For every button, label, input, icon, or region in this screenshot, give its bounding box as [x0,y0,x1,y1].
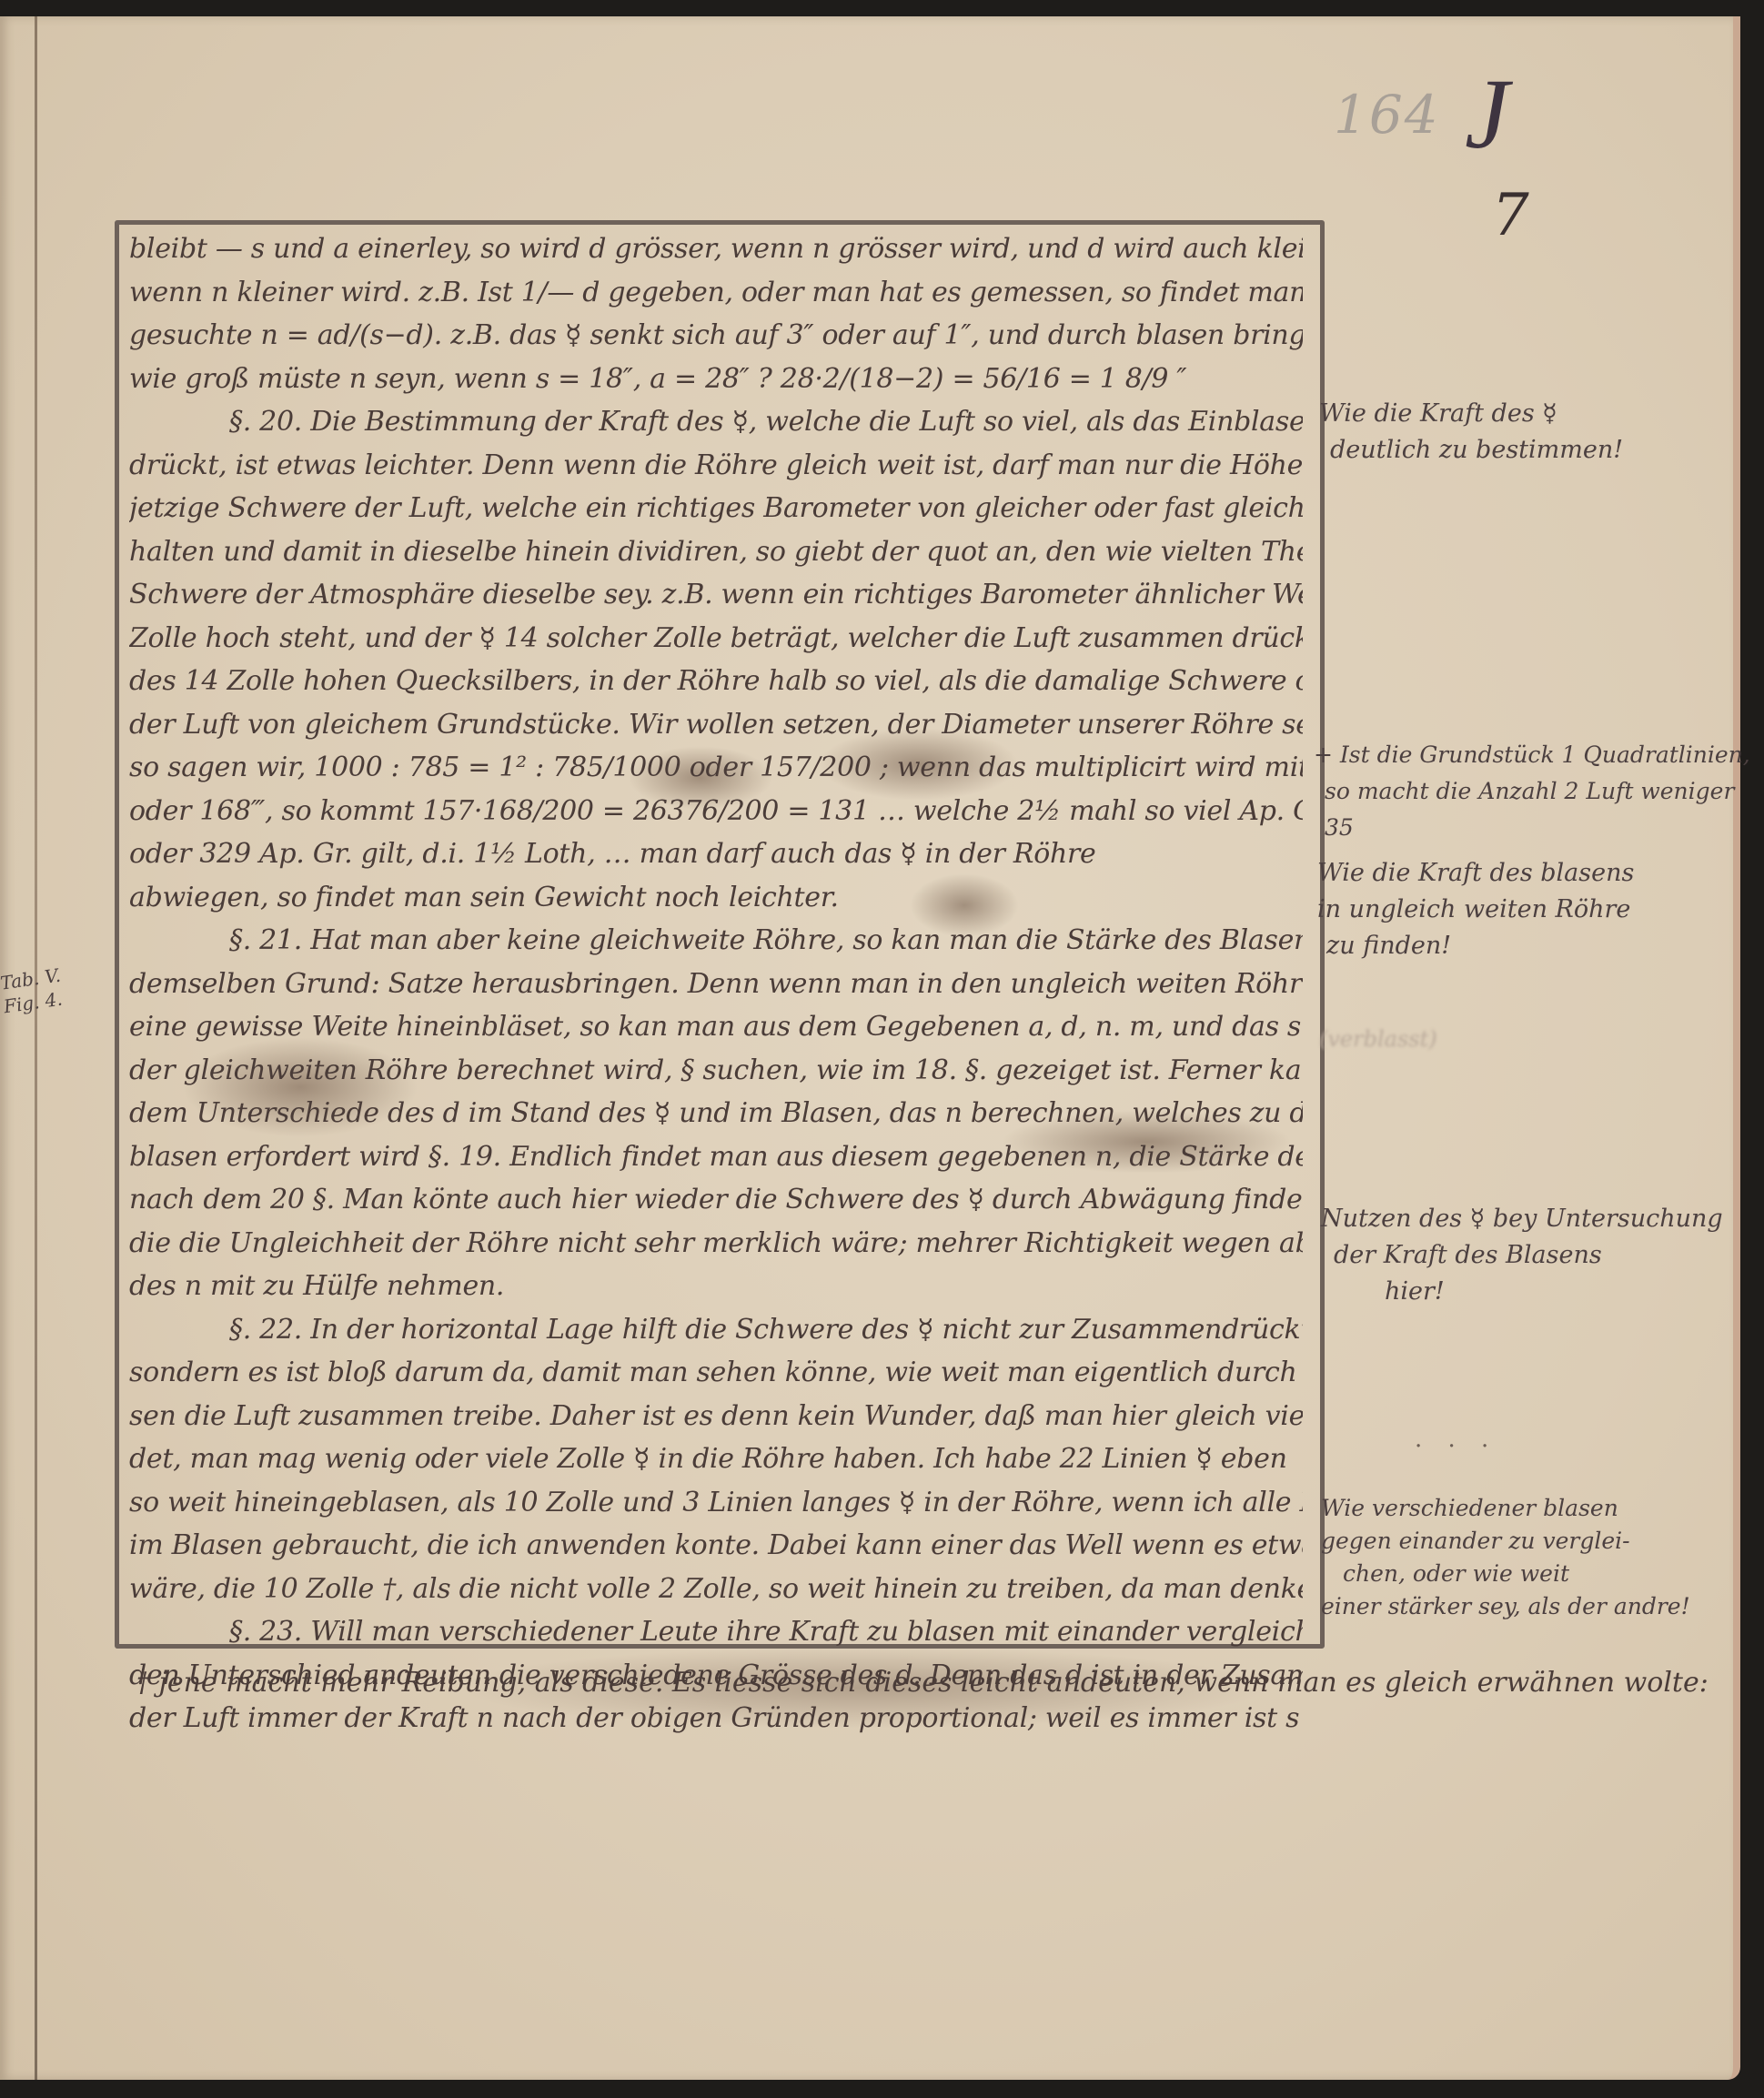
pencil-folio-number: 164 [1334,84,1440,146]
manuscript-line: drückt, ist etwas leichter. Denn wenn di… [129,444,1303,488]
manuscript-line: §. 22. In der horizontal Lage hilft die … [129,1308,1303,1352]
manuscript-line: sen die Luft zusammen treibe. Daher ist … [129,1395,1303,1438]
margin-note-line: deutlich zu bestimmen! [1319,432,1623,469]
margin-note-grundstueck: + Ist die Grundstück 1 Quadratlinien, so… [1314,737,1764,846]
faded-margin-note: (verblasst) [1319,1026,1437,1052]
manuscript-line: blasen erfordert wird §. 19. Endlich fin… [129,1135,1303,1179]
manuscript-line: nach dem 20 §. Man könte auch hier wiede… [129,1178,1303,1222]
manuscript-line: Schwere der Atmosphäre dieselbe sey. z.B… [129,573,1303,617]
margin-note-line: hier! [1321,1274,1723,1310]
margin-note-line: so macht die Anzahl 2 Luft weniger 35 [1314,773,1764,846]
manuscript-line: §. 23. Will man verschiedener Leute ihre… [129,1610,1303,1654]
manuscript-line: eine gewisse Weite hineinbläset, so kan … [129,1005,1303,1049]
margin-note-line: in ungleich weiten Röhre [1317,892,1634,928]
manuscript-line: halten und damit in dieselbe hinein divi… [129,530,1303,574]
margin-note-line: chen, oder wie weit [1321,1558,1690,1590]
margin-note-horizontal: Nutzen des ☿ bey Untersuchung der Kraft … [1321,1201,1723,1310]
margin-note-line: Wie verschiedener blasen [1321,1492,1690,1525]
manuscript-line: wie groß müste n seyn, wenn s = 18″, a =… [129,358,1303,401]
signature-letter: J [1465,56,1509,172]
manuscript-line: sondern es ist bloß darum da, damit man … [129,1351,1303,1395]
manuscript-line: oder 329 Ap. Gr. gilt, d.i. 1½ Loth, … m… [129,832,1303,876]
margin-note-line: + Ist die Grundstück 1 Quadratlinien, [1314,737,1764,773]
margin-note-line: Nutzen des ☿ bey Untersuchung [1321,1201,1723,1237]
manuscript-line: jetzige Schwere der Luft, welche ein ric… [129,487,1303,530]
manuscript-line: so weit hineingeblasen, als 10 Zolle und… [129,1481,1303,1525]
manuscript-line: der gleichweiten Röhre berechnet wird, §… [129,1049,1303,1093]
manuscript-line: Zolle hoch steht, und der ☿ 14 solcher Z… [129,617,1303,661]
manuscript-line: des n mit zu Hülfe nehmen. [129,1265,1303,1308]
manuscript-line: oder 168‴, so kommt 157·168/200 = 26376/… [129,790,1303,833]
manuscript-line: abwiegen, so findet man sein Gewicht noc… [129,876,1303,920]
manuscript-line: im Blasen gebraucht, die ich anwenden ko… [129,1524,1303,1568]
margin-note-line: gegen einander zu verglei- [1321,1525,1690,1558]
margin-note-vergleichen: Wie verschiedener blasen gegen einander … [1321,1492,1690,1623]
margin-note-line: der Kraft des Blasens [1321,1237,1723,1274]
manuscript-body-text: bleibt — s und a einerley, so wird d grö… [129,227,1303,1740]
margin-note-kraft-bestimmen: Wie die Kraft des ☿ deutlich zu bestimme… [1319,396,1623,469]
manuscript-line: dem Unterschiede des d im Stand des ☿ un… [129,1092,1303,1135]
manuscript-line: det, man mag wenig oder viele Zolle ☿ in… [129,1437,1303,1481]
margin-note-line: Wie die Kraft des blasens [1317,855,1634,892]
margin-note-line: zu finden! [1317,928,1634,964]
manuscript-line: demselben Grund: Satze herausbringen. De… [129,963,1303,1006]
page-number: 7 [1492,182,1529,249]
manuscript-line: die die Ungleichheit der Röhre nicht seh… [129,1222,1303,1266]
manuscript-line: wenn n kleiner wird. z.B. Ist 1/— d gege… [129,271,1303,315]
manuscript-line: wäre, die 10 Zolle †, als die nicht voll… [129,1568,1303,1611]
manuscript-line: der Luft von gleichem Grundstücke. Wir w… [129,703,1303,747]
figure-reference: Tab. V. Fig. 4. [0,963,66,1019]
manuscript-line: bleibt — s und a einerley, so wird d grö… [129,227,1303,271]
manuscript-line: gesuchte n = ad/(s−d). z.B. das ☿ senkt … [129,314,1303,358]
manuscript-line: der Luft immer der Kraft n nach der obig… [129,1697,1303,1740]
binding-gutter [35,16,37,2080]
footnote: † jene macht mehr Reibung, als diese. Es… [136,1667,1456,1699]
margin-dots: · · · [1415,1433,1497,1460]
manuscript-line: §. 20. Die Bestimmung der Kraft des ☿, w… [129,400,1303,444]
manuscript-line: so sagen wir, 1000 : 785 = 1² : 785/1000… [129,746,1303,790]
margin-note-line: einer stärker sey, als der andre! [1321,1590,1690,1623]
margin-note-ungleich-weit: Wie die Kraft des blasens in ungleich we… [1317,855,1634,964]
manuscript-line: des 14 Zolle hohen Quecksilbers, in der … [129,660,1303,703]
margin-note-line: Wie die Kraft des ☿ [1319,396,1623,432]
manuscript-line: §. 21. Hat man aber keine gleichweite Rö… [129,919,1303,963]
